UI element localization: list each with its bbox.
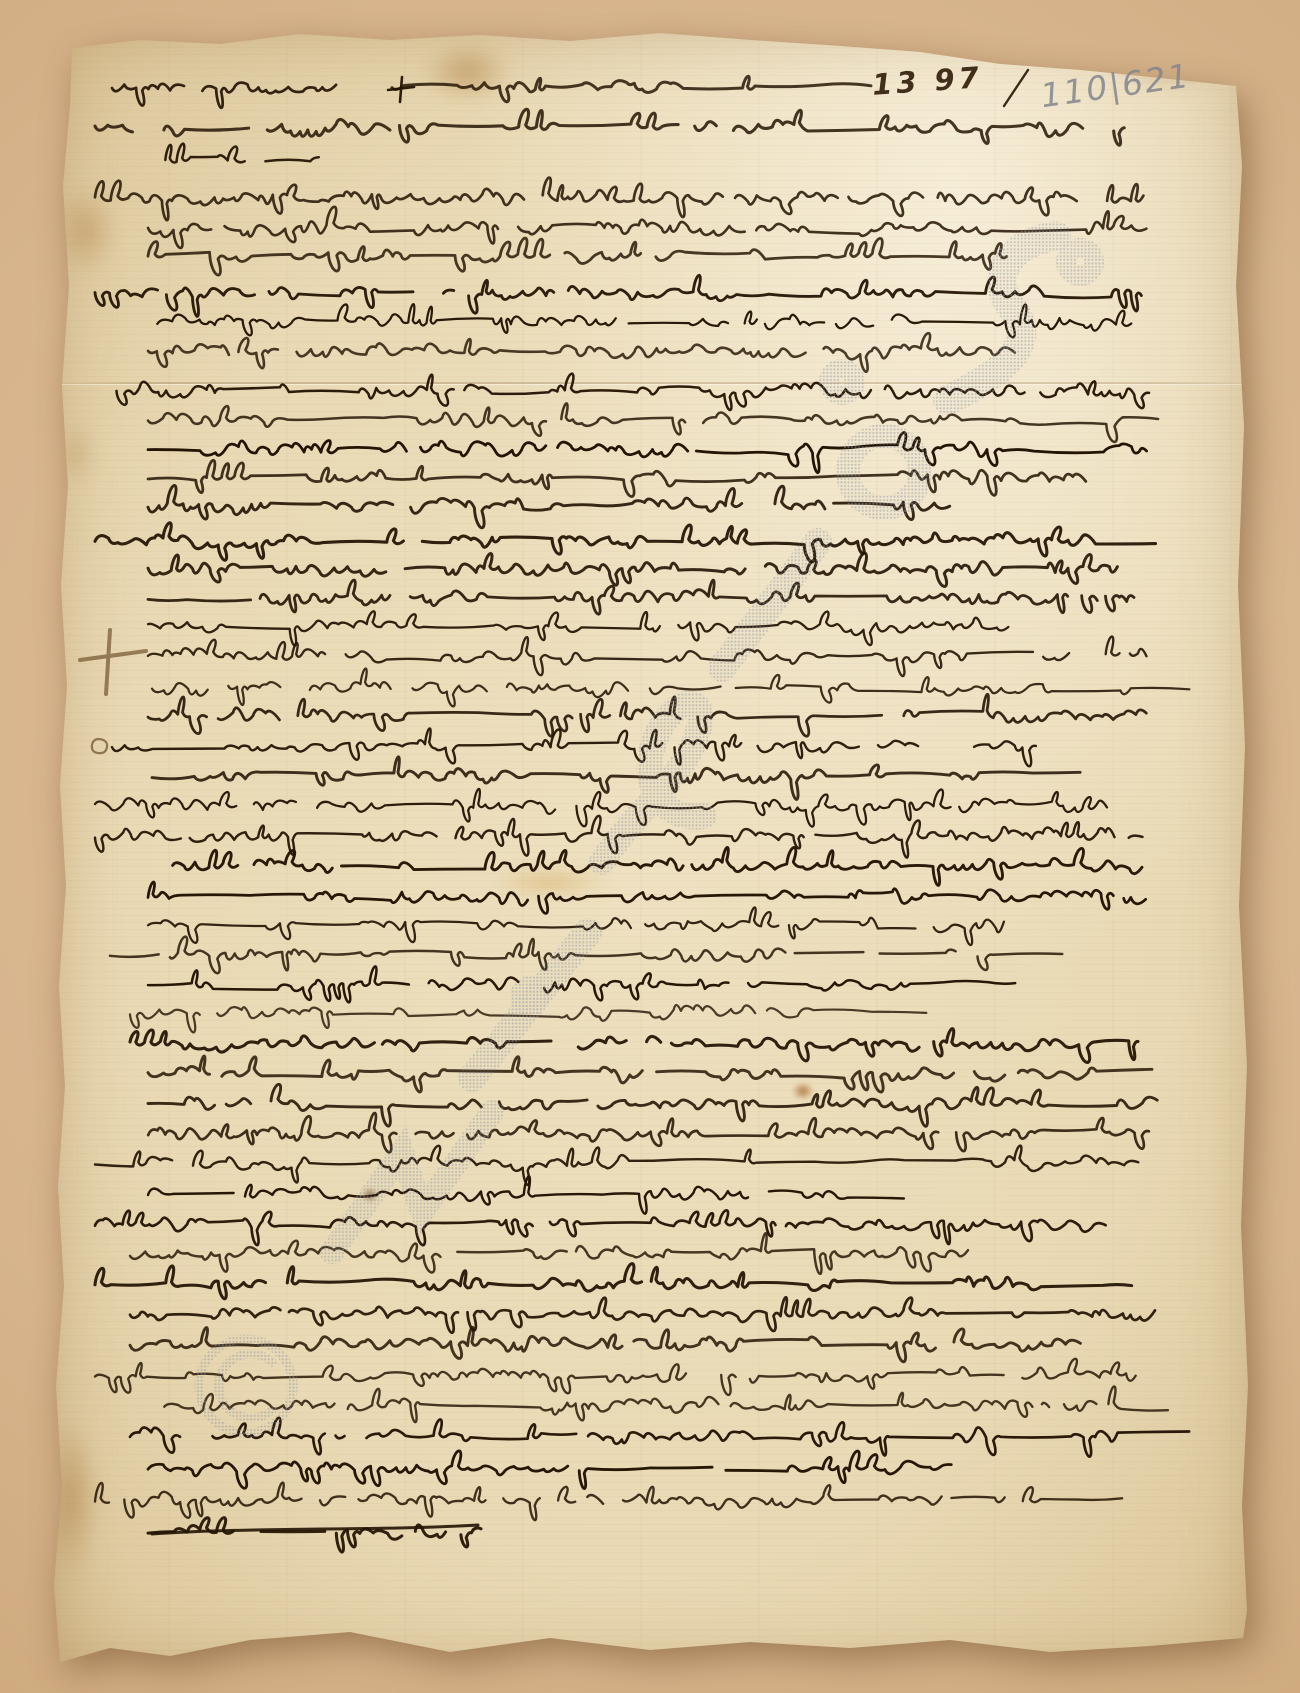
watermark-glyph: [829, 369, 855, 395]
watermark-glyph: [332, 1112, 492, 1252]
watermark-glyph: [848, 436, 920, 508]
watermark-glyph: [722, 542, 818, 668]
copyright-symbol: [219, 1354, 272, 1418]
manuscript-scan: 110|621 13 97: [0, 0, 1300, 1693]
watermark-glyph: [1066, 248, 1094, 276]
watermark-glyph: [948, 236, 1056, 400]
watermark-glyph: [602, 704, 704, 862]
archive-watermark: [0, 0, 1300, 1693]
